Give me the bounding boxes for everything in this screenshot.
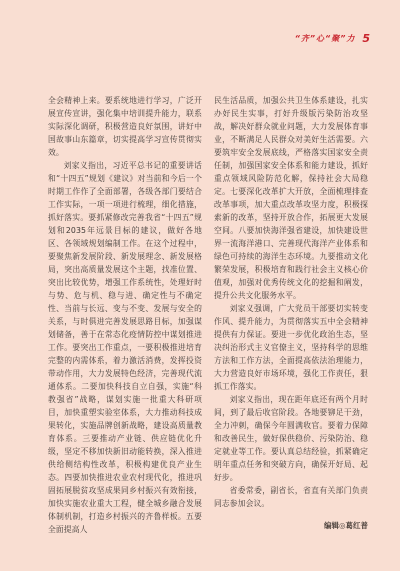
article-body: 全会精神上来。要系统地进行学习，广泛开展宣传宣讲，强化集中培训提升能力，联系实际…	[48, 94, 368, 536]
paragraph-continuation: 全会精神上来。要系统地进行学习，广泛开展宣传宣讲，强化集中培训提升能力，联系实际…	[48, 94, 202, 159]
page-number: 5	[362, 32, 370, 45]
paragraph: 省委常委，副省长，省直有关部门负责同志参加会议。	[214, 484, 368, 510]
right-column: 民生活品质，加强公共卫生体系建设，扎实办好民生实事，打好升级版污染防治攻坚战，解…	[214, 94, 368, 536]
paragraph: 刘家义指出，习近平总书记的重要讲话和“十四五”规划《建议》对当前和今后一个时期工…	[48, 159, 202, 536]
editor-credit: 编辑◎葛红普	[214, 520, 368, 532]
running-head: “齐”心“聚”力	[295, 33, 356, 44]
page-header: “齐”心“聚”力 5	[295, 32, 370, 45]
paragraph-continuation: 民生活品质，加强公共卫生体系建设，扎实办好民生实事，打好升级版污染防治攻坚战，解…	[214, 94, 368, 302]
paragraph: 刘家义强调，广大党员干部要切实转变作风、提升能力，为贯彻落实五中全会精神提供有力…	[214, 302, 368, 393]
paragraph: 刘家义指出，现在距年底还有两个月时间，到了最后收官阶段。各地要铆足干劲，全力冲刺…	[214, 393, 368, 484]
left-column: 全会精神上来。要系统地进行学习，广泛开展宣传宣讲，强化集中培训提升能力，联系实际…	[48, 94, 202, 536]
magazine-page: “齐”心“聚”力 5 全会精神上来。要系统地进行学习，广泛开展宣传宣讲，强化集中…	[0, 0, 400, 571]
